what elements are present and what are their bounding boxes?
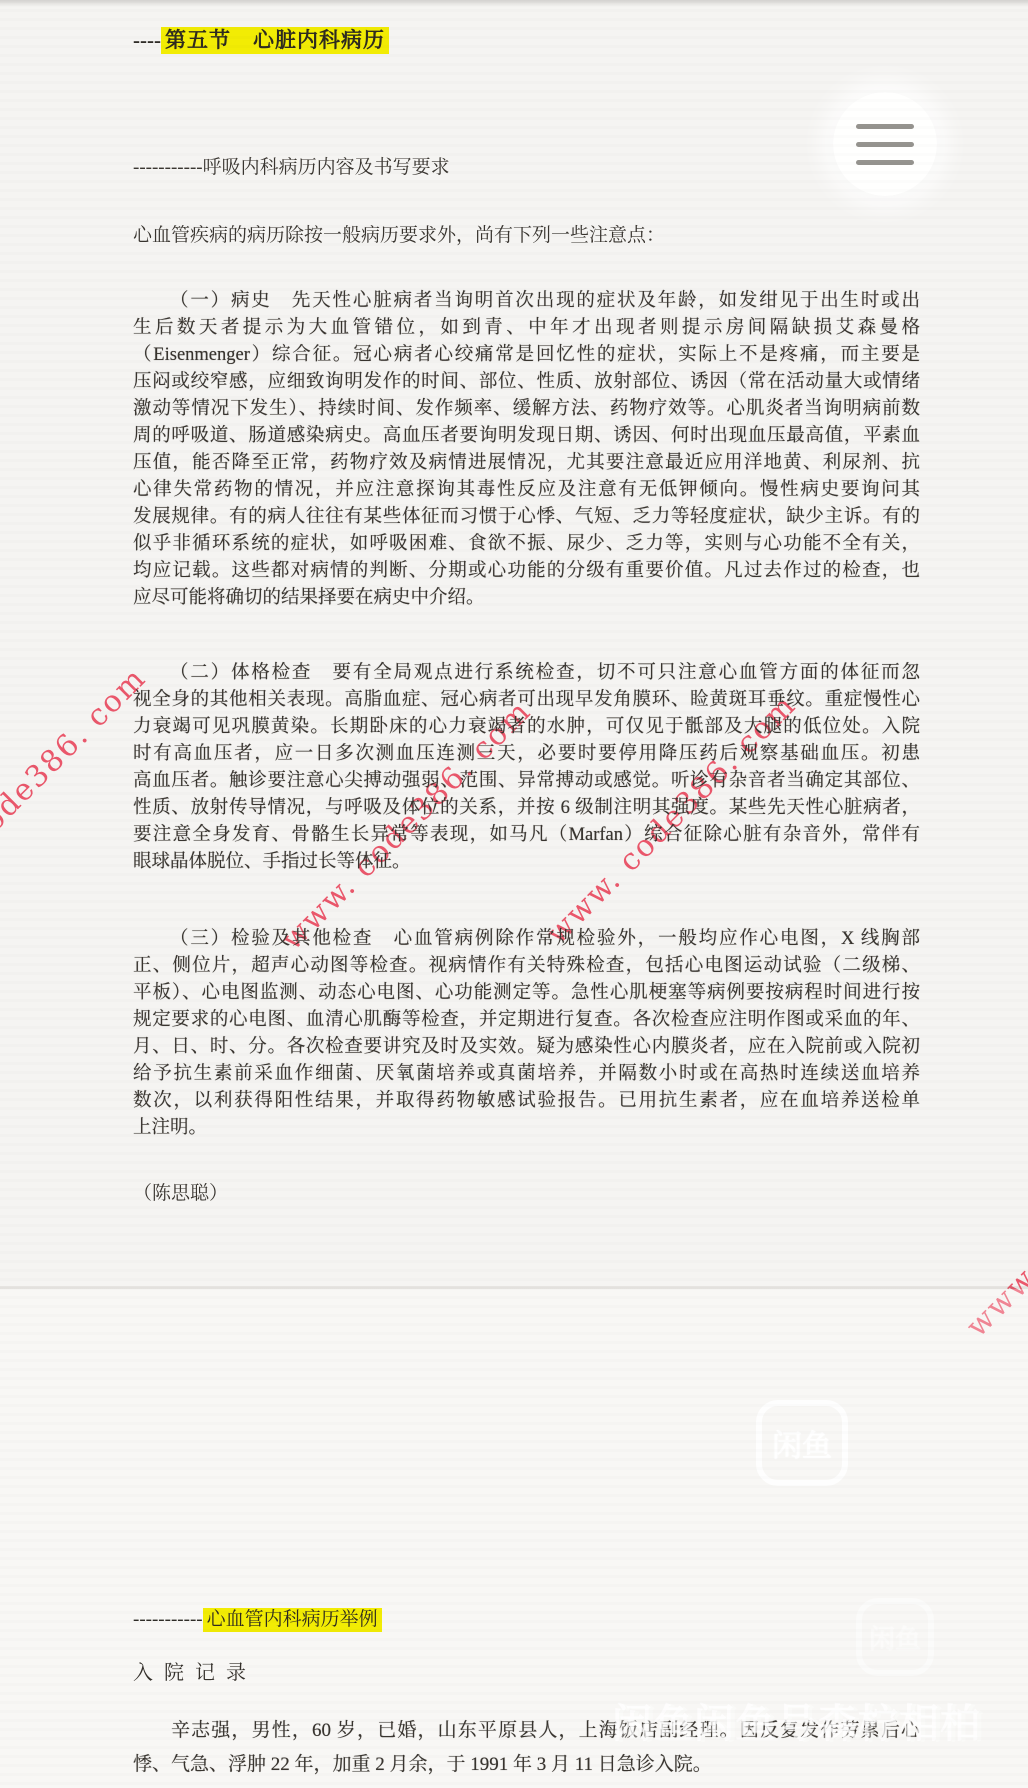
subtitle-dash-prefix: -----------	[133, 157, 203, 178]
chapter-subtitle: -----------呼吸内科病历内容及书写要求	[133, 152, 450, 179]
text-line: 发展规律。有的病人往往有某些体征而习惯于心悸、气短、乏力等轻度症状，缺少主诉。有…	[133, 504, 920, 531]
title-dash-prefix: ----	[133, 28, 161, 52]
intro-sentence: 心血管疾病的病历除按一般病历要求外，尚有下列一些注意点：	[133, 220, 665, 247]
text-line: 规定要求的心电图、血清心肌酶等检查，并定期进行复查。各次检查应注明作图或采血的年…	[133, 1007, 920, 1034]
admission-record-title: 入 院 记 录	[133, 1656, 249, 1685]
scanned-document-page: www. code386. com www. code386. com www.…	[0, 0, 1028, 1788]
paragraph-history: （一）病史 先天性心脏病者当询明首次出现的症状及年龄，如发绀见于出生时或出生后数…	[133, 288, 920, 612]
subtitle-text: 呼吸内科病历内容及书写要求	[203, 157, 450, 178]
scan-edge-shadow	[0, 0, 1028, 7]
text-line: 眼球晶体脱位、手指过长等体征。	[133, 849, 920, 876]
text-line: 高血压者。触诊要注意心尖搏动强弱、范围、异常搏动或感觉。听诊有杂音者当确定其部位…	[133, 768, 920, 795]
paragraph-physical-exam: （二）体格检查 要有全局观点进行系统检查，切不可只注意心血管方面的体征而忽视全身…	[133, 660, 920, 876]
hamburger-icon	[856, 124, 914, 129]
example-heading-highlight: 心血管内科病历举例	[203, 1608, 382, 1632]
text-line: 压闷或绞窄感，应细致询明发作的时间、部位、性质、放射部位、诱因（常在活动量大或情…	[133, 369, 920, 396]
text-line: （一）病史 先天性心脏病者当询明首次出现的症状及年龄，如发绀见于出生时或出	[133, 288, 920, 315]
text-line: 视全身的其他相关表现。高脂血症、冠心病者可出现早发角膜环、睑黄斑耳垂纹。重症慢性…	[133, 687, 920, 714]
text-line: （三）检验及其他检查 心血管病例除作常规检验外，一般均应作心电图，X 线胸部	[133, 926, 920, 953]
text-line: 压值，能否降至正常，药物疗效及病情进展情况，尤其要注意最近应用洋地黄、利尿剂、抗	[133, 450, 920, 477]
text-line: 辛志强，男性，60 岁，已婚，山东平原县人，上海饭店副经理。因反复发作劳累后心	[133, 1714, 920, 1748]
text-line: 激动等情况下发生）、持续时间、发作频率、缓解方法、药物疗效等。心肌炎者当询明病前…	[133, 396, 920, 423]
text-line: （二）体格检查 要有全局观点进行系统检查，切不可只注意心血管方面的体征而忽	[133, 660, 920, 687]
hamburger-icon	[856, 160, 914, 165]
text-line: 平板）、心电图监测、动态心电图、心功能测定等。急性心肌梗塞等病例要按病程时间进行…	[133, 980, 920, 1007]
text-line: 力衰竭可见巩膜黄染。长期卧床的心力衰竭者的水肿，可仅见于骶部及大腿的低位处。入院	[133, 714, 920, 741]
text-line: 要注意全身发育、骨骼生长异常等表现，如马凡（Marfan）综合征除心脏有杂音外，…	[133, 822, 920, 849]
heading-dash-prefix: -----------	[133, 1609, 203, 1630]
example-section-heading: -----------心血管内科病历举例	[133, 1604, 382, 1631]
text-line: 给予抗生素前采血作细菌、厌氧菌培养或真菌培养，并隔数小时或在高热时连续送血培养	[133, 1061, 920, 1088]
text-line: 周的呼吸道、肠道感染病史。高血压者要询明发现日期、诱因、何时出现血压最高值，平素…	[133, 423, 920, 450]
hamburger-icon	[856, 142, 914, 147]
text-line: 上注明。	[133, 1115, 920, 1142]
text-line: 数次，以利获得阳性结果，并取得药物敏感试验报告。已用抗生素者，应在血培养送检单	[133, 1088, 920, 1115]
text-line: 悸、气急、浮肿 22 年，加重 2 月余，于 1991 年 3 月 11 日急诊…	[133, 1748, 920, 1782]
author-credit: （陈思聪）	[133, 1178, 228, 1205]
text-line: （Eisenmenger）综合征。冠心病者心绞痛常是回忆性的症状，实际上不是疼痛…	[133, 342, 920, 369]
text-line: 均应记载。这些都对病情的判断、分期或心功能的分级有重要价值。凡过去作过的检查，也	[133, 558, 920, 585]
text-line: 性质、放射传导情况，与呼吸及体位的关系，并按 6 级制注明其强度。某些先天性心脏…	[133, 795, 920, 822]
menu-button[interactable]	[833, 92, 937, 196]
paragraph-lab-exam: （三）检验及其他检查 心血管病例除作常规检验外，一般均应作心电图，X 线胸部正、…	[133, 926, 920, 1142]
section-title: ----第五节 心脏内科病历	[133, 24, 389, 54]
text-line: 心律失常药物的情况，并应注意探询其毒性反应及注意有无低钾倾向。慢性病史要询问其	[133, 477, 920, 504]
text-line: 时有高血压者，应一日多次测血压连测三天，必要时要停用降压药后观察基础血压。初患	[133, 741, 920, 768]
watermark-code386: www. code386. com	[0, 661, 154, 925]
text-line: 似乎非循环系统的症状，如呼吸困难、食欲不振、尿少、乏力等，实则与心功能不全有关，	[133, 531, 920, 558]
paragraph-case-intro: 辛志强，男性，60 岁，已婚，山东平原县人，上海饭店副经理。因反复发作劳累后心悸…	[133, 1714, 920, 1782]
text-line: 生后数天者提示为大血管错位，如到青、中年才出现者则提示房间隔缺损艾森曼格	[133, 315, 920, 342]
text-line: 正、侧位片，超声心动图等检查。视病情作有关特殊检查，包括心电图运动试验（二级梯、	[133, 953, 920, 980]
text-line: 应尽可能将确切的结果择要在病史中介绍。	[133, 585, 920, 612]
section-title-highlight: 第五节 心脏内科病历	[161, 27, 389, 54]
text-line: 月、日、时、分。各次检查要讲究及时及实效。疑为感染性心内膜炎者，应在入院前或入院…	[133, 1034, 920, 1061]
